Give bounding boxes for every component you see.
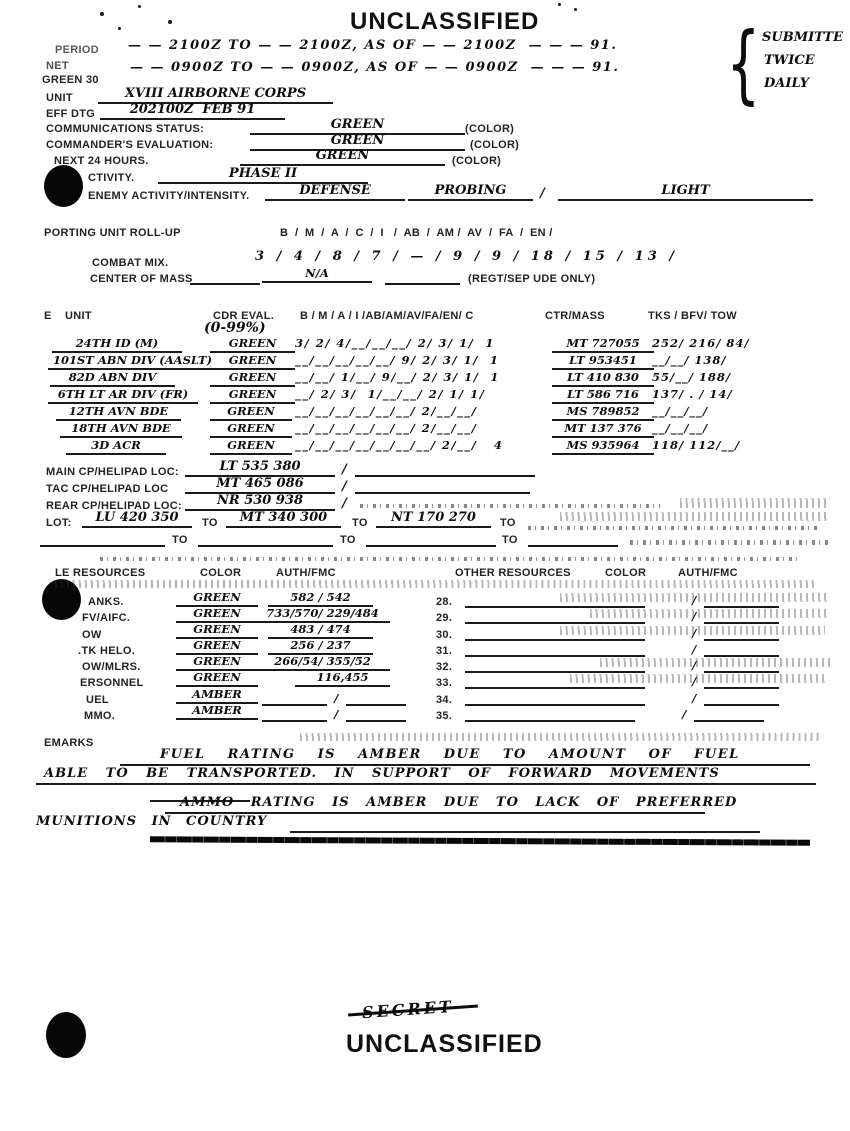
table-header-unit: E UNIT xyxy=(44,310,92,322)
unit-name: 18TH AVN BDE xyxy=(60,421,182,438)
resource-value: 266/54/ 355/52 xyxy=(255,654,390,671)
resource-value: 733/570/ 229/484 xyxy=(255,606,390,623)
next24-label: NEXT 24 HOURS. xyxy=(54,155,149,167)
blank-line xyxy=(465,639,645,641)
remarks-line-1: FUEL RATING IS AMBER DUE TO AMOUNT OF FU… xyxy=(160,747,740,762)
main-cp-label: MAIN CP/HELIPAD LOC: xyxy=(46,466,179,478)
submit-note-line2: TWICE xyxy=(764,53,815,68)
classification-banner-bottom: UNCLASSIFIED xyxy=(346,1030,543,1059)
unit-label: UNIT xyxy=(46,92,73,104)
main-cp-value: LT 535 380 xyxy=(185,459,335,477)
combat-mix-values: 3 / 4 / 8 / 7 / — / 9 / 9 / 18 / 15 / 13… xyxy=(255,249,678,264)
resource-label: FV/AIFC. xyxy=(82,612,130,624)
scan-noise-heavy-line xyxy=(150,836,810,845)
blank-line xyxy=(36,783,816,785)
remarks-line-4: MUNITIONS IN COUNTRY xyxy=(36,814,267,829)
tac-cp-value: MT 465 086 xyxy=(185,476,335,494)
resources-right-auth-header: AUTH/FMC xyxy=(678,567,738,579)
center-of-mass-value: N/A xyxy=(262,266,372,283)
hole-punch-mark xyxy=(46,1012,86,1058)
resource-color: AMBER xyxy=(176,687,258,704)
activity-value: PHASE II xyxy=(158,166,368,184)
blank-line xyxy=(694,720,764,722)
resource-label: OW/MLRS. xyxy=(82,661,141,673)
enemy-activity-separator: / xyxy=(540,186,545,201)
scan-noise xyxy=(55,580,815,588)
resource-color: GREEN xyxy=(176,670,258,687)
table-header-ctr-mass: CTR/MASS xyxy=(545,310,605,322)
scan-noise xyxy=(360,504,660,508)
enemy-intensity-value: LIGHT xyxy=(558,183,813,201)
other-resource-number: 28. xyxy=(436,596,452,608)
next24-value: GREEN xyxy=(240,148,445,166)
resource-color: GREEN xyxy=(176,654,258,671)
scan-noise xyxy=(630,540,830,545)
mix-values: __/ 2/ 3/ 1/__/__/ 2/ 1/ 1/ xyxy=(295,387,485,401)
resources-right-title: OTHER RESOURCES xyxy=(455,567,571,579)
unit-name: 6TH LT AR DIV (FR) xyxy=(48,387,198,404)
to-label: TO xyxy=(352,517,368,529)
blank-line xyxy=(198,545,333,547)
mix-values: __/__/ 1/__/ 9/__/ 2/ 3/ 1/ 1 xyxy=(295,370,500,384)
ctr-mass-value: MS 789852 xyxy=(552,404,654,421)
blank-line xyxy=(465,720,635,722)
blank-line xyxy=(704,639,779,641)
to-label: TO xyxy=(500,517,516,529)
resources-left-auth-header: AUTH/FMC xyxy=(276,567,336,579)
blank-line xyxy=(346,704,406,706)
next24-color-suffix: (COLOR) xyxy=(452,155,501,167)
resource-color: AMBER xyxy=(176,703,258,720)
table-header-tks: TKS / BFV/ TOW xyxy=(648,310,737,322)
blank-line xyxy=(40,545,165,547)
ctr-mass-value: LT 953451 xyxy=(552,353,654,370)
slash: / xyxy=(692,642,696,656)
enemy-activity-value-2: PROBING xyxy=(408,183,533,201)
blank-line xyxy=(704,687,779,689)
unit-name: 12TH AVN BDE xyxy=(56,404,181,421)
green30-label: GREEN 30 xyxy=(42,74,99,86)
table-row: 3D ACR xyxy=(66,438,166,455)
net-label: NET xyxy=(46,60,69,72)
enemy-activity-value-1: DEFENSE xyxy=(265,183,405,201)
scan-noise xyxy=(570,674,825,683)
ctr-mass-value: MT 727055 xyxy=(552,336,654,353)
slash: / xyxy=(342,496,347,511)
blank-line xyxy=(704,655,779,657)
resource-value: 582 / 542 xyxy=(268,590,373,607)
slash: / xyxy=(334,707,338,721)
tks-values: __/__/__/ xyxy=(652,404,708,418)
mix-values: __/__/__/__/__/__/ 2/__/__/ xyxy=(295,404,477,418)
resources-left-color-header: COLOR xyxy=(200,567,241,579)
blank-line xyxy=(465,671,645,673)
other-resource-number: 29. xyxy=(436,612,452,624)
table-row: 18TH AVN BDE xyxy=(60,421,182,438)
other-resource-number: 31. xyxy=(436,645,452,657)
unit-name: 82D ABN DIV xyxy=(50,370,175,387)
lot-value-2: MT 340 300 xyxy=(226,510,341,528)
comms-status-label: COMMUNICATIONS STATUS: xyxy=(46,123,204,135)
mix-values: 3/ 2/ 4/__/__/__/ 2/ 3/ 1/ 1 xyxy=(295,336,495,350)
scan-noise xyxy=(680,498,830,508)
table-row: 24TH ID (M) xyxy=(52,336,182,353)
resource-color: GREEN xyxy=(176,638,258,655)
tks-values: 252/ 216/ 84/ xyxy=(652,336,750,350)
scan-speck xyxy=(100,12,104,16)
table-row: 82D ABN DIV xyxy=(50,370,175,387)
remarks-line-3: AMMO RATING IS AMBER DUE TO LACK OF PREF… xyxy=(180,795,737,810)
center-of-mass-label: CENTER OF MASS xyxy=(90,273,193,285)
other-resource-number: 30. xyxy=(436,629,452,641)
lot-label: LOT: xyxy=(46,517,72,529)
submit-note-line1: SUBMITTE xyxy=(762,30,843,45)
to-label: TO xyxy=(340,534,356,546)
lot-value-3: NT 170 270 xyxy=(376,510,491,528)
blank-line xyxy=(262,720,327,722)
table-row: 101ST ABN DIV (AASLT) xyxy=(48,353,217,370)
cdr-eval-value: GREEN xyxy=(210,370,295,387)
cdr-eval-value: GREEN xyxy=(210,421,292,438)
ctr-mass-value: LT 586 716 xyxy=(552,387,654,404)
slash: / xyxy=(342,462,347,477)
ctr-mass-value: MT 137 376 xyxy=(552,421,654,438)
period-label: PERIOD xyxy=(55,44,99,56)
activity-label: CTIVITY. xyxy=(88,172,134,184)
resource-value: 483 / 474 xyxy=(268,622,373,639)
eff-dtg-label: EFF DTG xyxy=(46,108,95,120)
remarks-label: EMARKS xyxy=(44,737,93,749)
scan-speck xyxy=(138,5,141,8)
rollup-label: PORTING UNIT ROLL-UP xyxy=(44,227,181,239)
scan-speck xyxy=(118,27,121,30)
blank-line xyxy=(366,545,496,547)
cdr-eval-value: GREEN xyxy=(210,353,295,370)
table-header-mix: B / M / A / I /AB/AM/AV/FA/EN/ C xyxy=(300,310,474,322)
mix-values: __/__/__/__/__/__/__/ 2/__/ 4 xyxy=(295,438,503,452)
period-line-2: — — 0900Z TO — — 0900Z, AS OF — — 0900Z … xyxy=(130,60,619,75)
blank-line xyxy=(385,283,460,285)
remarks-line-2: ABLE TO BE TRANSPORTED. IN SUPPORT OF FO… xyxy=(44,766,720,781)
slash: / xyxy=(682,707,686,721)
to-label: TO xyxy=(202,517,218,529)
hole-punch-mark xyxy=(44,165,83,207)
scan-noise xyxy=(528,526,818,530)
cdr-eval-value: GREEN xyxy=(210,404,292,421)
scan-noise xyxy=(600,658,830,667)
tks-values: 118/ 112/__/ xyxy=(652,438,740,452)
unit-name: 101ST ABN DIV (AASLT) xyxy=(48,353,217,370)
resource-label: OW xyxy=(82,629,102,641)
blank-line xyxy=(704,606,779,608)
ctr-mass-value: MS 935964 xyxy=(552,438,654,455)
blank-line xyxy=(465,606,645,608)
blank-line xyxy=(528,545,618,547)
other-resource-number: 33. xyxy=(436,677,452,689)
resource-label: .TK HELO. xyxy=(78,645,135,657)
unit-name: 24TH ID (M) xyxy=(52,336,182,353)
rollup-columns: B / M / A / C / I / AB / AM / AV / FA / … xyxy=(280,227,553,239)
tks-values: __/__/__/ xyxy=(652,421,708,435)
scan-speck xyxy=(168,20,172,24)
blank-line xyxy=(190,283,260,285)
blank-line xyxy=(704,622,779,624)
resources-right-color-header: COLOR xyxy=(605,567,646,579)
resource-color: GREEN xyxy=(176,622,258,639)
blank-line xyxy=(704,704,779,706)
slash: / xyxy=(334,691,338,705)
other-resource-number: 32. xyxy=(436,661,452,673)
table-row: 6TH LT AR DIV (FR) xyxy=(48,387,198,404)
other-resource-number: 35. xyxy=(436,710,452,722)
comms-color-suffix: (COLOR) xyxy=(465,123,514,135)
slash: / xyxy=(342,479,347,494)
resources-left-title: LE RESOURCES xyxy=(55,567,145,579)
classification-banner-top: UNCLASSIFIED xyxy=(350,8,539,36)
scan-noise xyxy=(590,609,830,618)
scan-noise xyxy=(100,557,800,561)
blank-line xyxy=(465,704,645,706)
tac-cp-label: TAC CP/HELIPAD LOC xyxy=(46,483,168,495)
mix-values: __/__/__/__/__/ 9/ 2/ 3/ 1/ 1 xyxy=(295,353,499,367)
scanned-form-page: UNCLASSIFIED PERIOD — — 2100Z TO — — 210… xyxy=(0,0,850,1131)
mix-values: __/__/__/__/__/__/ 2/__/__/ xyxy=(295,421,477,435)
center-of-mass-suffix: (REGT/SEP UDE ONLY) xyxy=(468,273,595,285)
scan-noise xyxy=(560,593,830,602)
resource-color: GREEN xyxy=(176,590,258,607)
blank-line xyxy=(465,687,645,689)
blank-line xyxy=(355,492,530,494)
commander-eval-label: COMMANDER'S EVALUATION: xyxy=(46,139,213,151)
blank-line xyxy=(465,622,645,624)
tks-values: 137/ . / 14/ xyxy=(652,387,733,401)
scan-noise xyxy=(560,626,825,635)
scan-noise xyxy=(560,512,830,521)
combat-mix-label: COMBAT MIX. xyxy=(92,257,168,269)
table-header-eval-range: (0-99%) xyxy=(204,320,266,336)
resource-label: ANKS. xyxy=(88,596,124,608)
tks-values: __/__/ 138/ xyxy=(652,353,727,367)
unit-name: 3D ACR xyxy=(66,438,166,455)
slash: / xyxy=(692,691,696,705)
brace-mark: { xyxy=(726,24,760,104)
cdr-eval-value: GREEN xyxy=(210,387,295,404)
blank-line xyxy=(465,655,645,657)
commander-color-suffix: (COLOR) xyxy=(470,139,519,151)
enemy-activity-label: ENEMY ACTIVITY/INTENSITY. xyxy=(88,190,250,202)
blank-line xyxy=(290,831,760,833)
table-row: 12TH AVN BDE xyxy=(56,404,181,421)
resource-label: MMO. xyxy=(84,710,115,722)
blank-line xyxy=(346,720,406,722)
blank-line xyxy=(355,475,535,477)
rear-cp-value: NR 530 938 xyxy=(185,493,335,511)
resource-value: 256 / 237 xyxy=(268,638,373,655)
to-label: TO xyxy=(502,534,518,546)
tks-values: 55/__/ 188/ xyxy=(652,370,731,384)
submit-note-line3: DAILY xyxy=(764,76,809,91)
scan-speck xyxy=(574,8,577,11)
resource-color: GREEN xyxy=(176,606,258,623)
scan-speck xyxy=(558,3,561,6)
other-resource-number: 34. xyxy=(436,694,452,706)
cdr-eval-value: GREEN xyxy=(210,438,292,455)
blank-line xyxy=(704,671,779,673)
lot-value-1: LU 420 350 xyxy=(82,510,192,528)
ctr-mass-value: LT 410 830 xyxy=(552,370,654,387)
scan-noise xyxy=(300,733,820,741)
period-line-1: — — 2100Z TO — — 2100Z, AS OF — — 2100Z … xyxy=(128,38,617,53)
blank-line xyxy=(262,704,327,706)
resource-label: UEL xyxy=(86,694,109,706)
resource-label: ERSONNEL xyxy=(80,677,144,689)
resource-value: 116,455 xyxy=(295,670,390,687)
cdr-eval-value: GREEN xyxy=(210,336,295,353)
to-label: TO xyxy=(172,534,188,546)
